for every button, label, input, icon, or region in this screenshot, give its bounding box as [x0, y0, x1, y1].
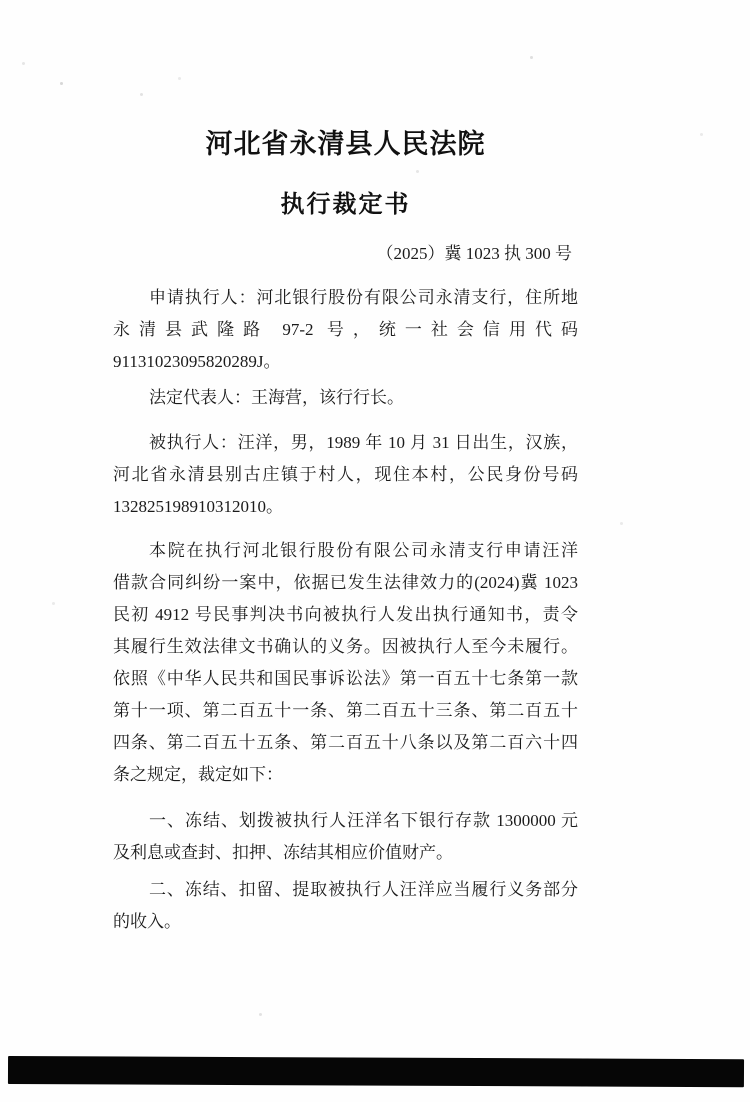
text-line: 的收入。 — [113, 906, 578, 938]
paragraph: 申请执行人：河北银行股份有限公司永清支行，住所地永清县武隆路 97-2 号，统一… — [113, 282, 578, 378]
text-line: 民初 4912 号民事判决书向被执行人发出执行通知书，责令 — [113, 599, 578, 631]
case-number: （2025）冀 1023 执 300 号 — [113, 239, 578, 264]
text-line: 河北省永清县别古庄镇于村人，现住本村，公民身份号码 — [113, 459, 578, 491]
text-line: 永清县武隆路 97-2 号，统一社会信用代码 — [113, 314, 578, 346]
scan-artifact-bottom-bar — [8, 1056, 744, 1087]
paragraph: 被执行人：汪洋，男，1989 年 10 月 31 日出生，汉族，河北省永清县别古… — [113, 427, 578, 523]
text-line: 依照《中华人民共和国民事诉讼法》第一百五十七条第一款 — [113, 663, 578, 695]
paragraph: 本院在执行河北银行股份有限公司永清支行申请汪洋借款合同纠纷一案中，依据已发生法律… — [113, 535, 578, 791]
scanned-document-page: 河北省永清县人民法院 执行裁定书 （2025）冀 1023 执 300 号 申请… — [0, 0, 750, 1102]
document-body: 申请执行人：河北银行股份有限公司永清支行，住所地永清县武隆路 97-2 号，统一… — [113, 282, 578, 938]
paragraph: 法定代表人：王海营，该行行长。 — [113, 382, 578, 414]
text-line: 被执行人：汪洋，男，1989 年 10 月 31 日出生，汉族， — [113, 427, 578, 459]
text-line: 第十一项、第二百五十一条、第二百五十三条、第二百五十 — [113, 695, 578, 727]
paragraph: 一、冻结、划拨被执行人汪洋名下银行存款 1300000 元及利息或查封、扣押、冻… — [113, 805, 578, 869]
text-line: 一、冻结、划拨被执行人汪洋名下银行存款 1300000 元 — [113, 805, 578, 837]
court-name-heading: 河北省永清县人民法院 — [113, 122, 578, 161]
paragraph: 二、冻结、扣留、提取被执行人汪洋应当履行义务部分的收入。 — [113, 874, 578, 938]
text-line: 及利息或查封、扣押、冻结其相应价值财产。 — [113, 837, 578, 869]
text-line: 其履行生效法律文书确认的义务。因被执行人至今未履行。 — [113, 631, 578, 663]
text-line: 132825198910312010。 — [113, 491, 578, 523]
text-line: 条之规定，裁定如下： — [113, 759, 578, 791]
text-line: 四条、第二百五十五条、第二百五十八条以及第二百六十四 — [113, 727, 578, 759]
text-line: 二、冻结、扣留、提取被执行人汪洋应当履行义务部分 — [113, 874, 578, 906]
scan-noise-speckles — [60, 82, 63, 85]
text-line: 本院在执行河北银行股份有限公司永清支行申请汪洋 — [113, 535, 578, 567]
text-line: 法定代表人：王海营，该行行长。 — [113, 382, 578, 414]
text-line: 91131023095820289J。 — [113, 346, 578, 378]
text-line: 申请执行人：河北银行股份有限公司永清支行，住所地 — [113, 282, 578, 314]
document-title: 执行裁定书 — [113, 184, 578, 219]
text-line: 借款合同纠纷一案中，依据已发生法律效力的(2024)冀 1023 — [113, 567, 578, 599]
